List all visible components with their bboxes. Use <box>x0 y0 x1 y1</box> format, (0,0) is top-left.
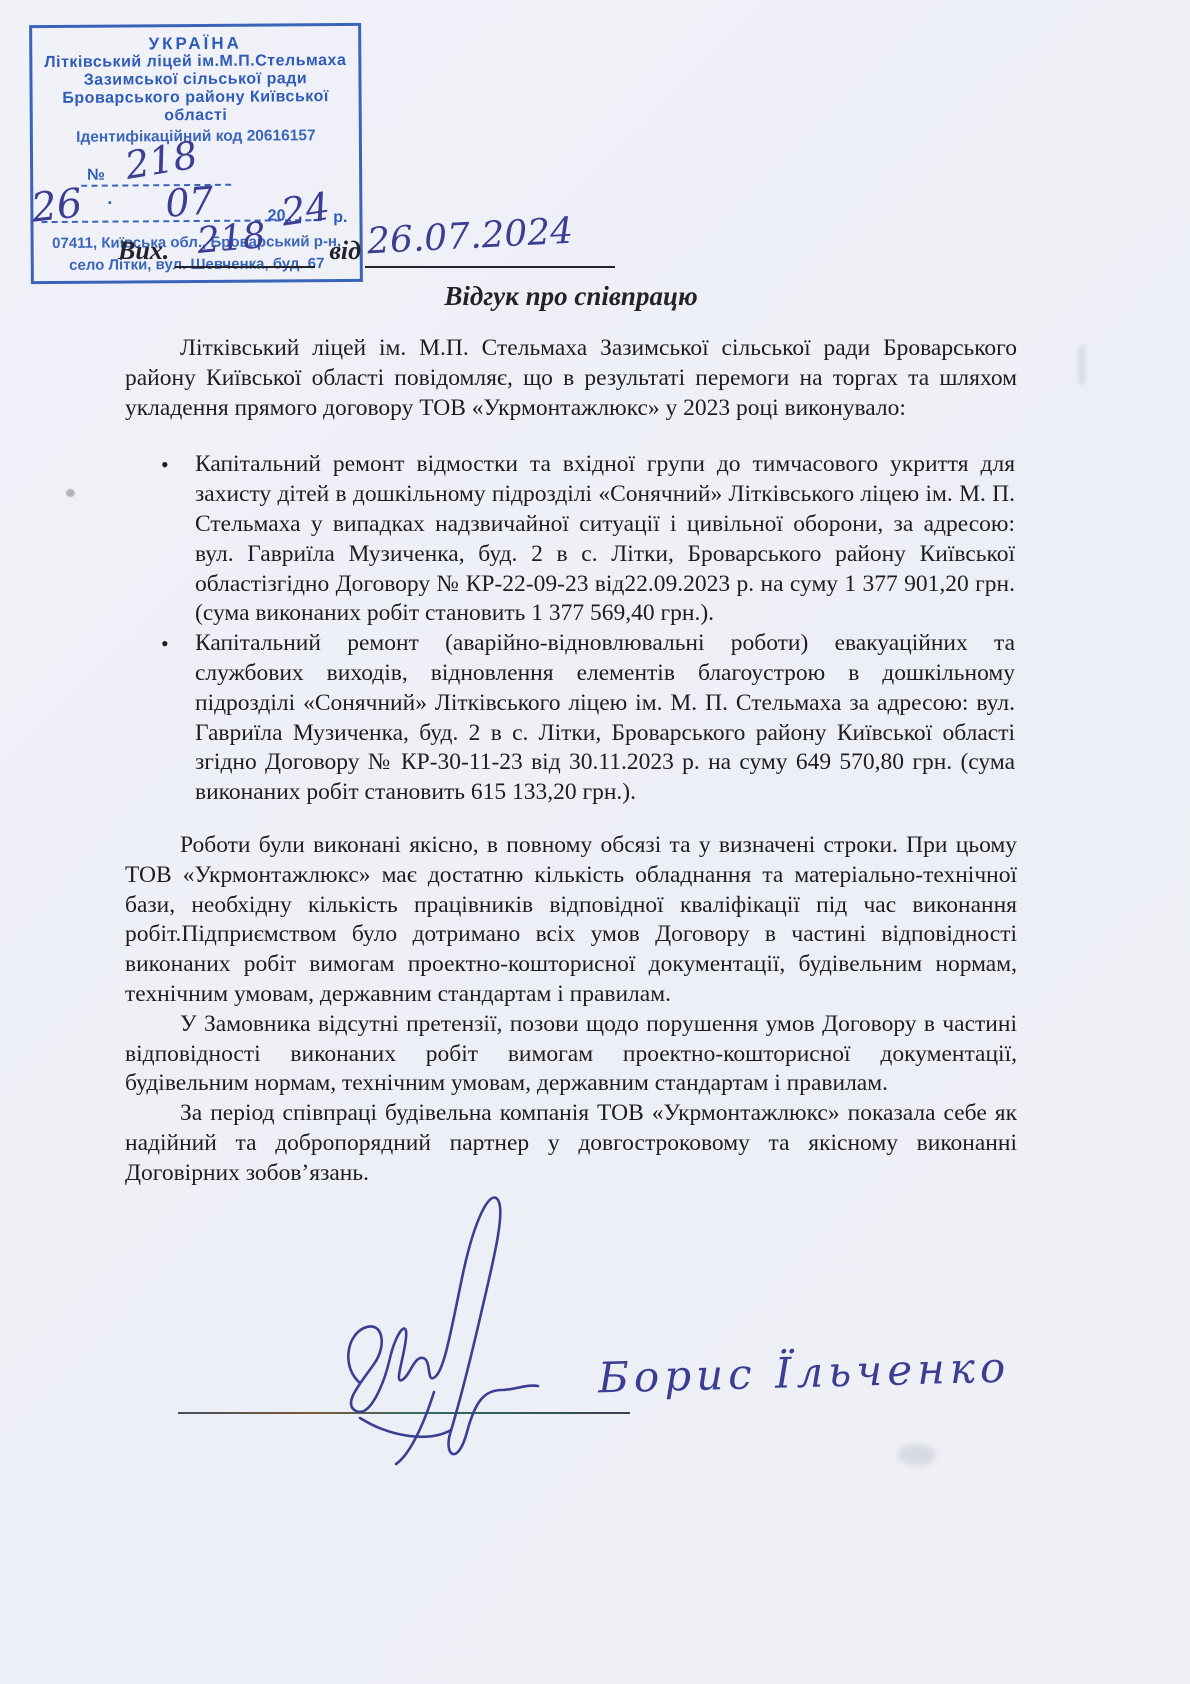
page-title: Відгук про співпрацю <box>125 281 1017 312</box>
stamp-org-council: Зазимської сільської ради <box>36 70 354 90</box>
scan-artifact <box>1079 345 1085 385</box>
scan-artifact <box>66 489 75 497</box>
list-item: • Капітальний ремонт (аварійно-відновлюв… <box>125 629 1017 808</box>
outgoing-number-slot: 218 <box>175 226 315 268</box>
outgoing-date-handwritten: 26.07.2024 <box>366 211 574 263</box>
paragraph-quality: Роботи були виконані якісно, в повному о… <box>125 831 1017 1010</box>
list-item-text: Капітальний ремонт відмостки та вхідної … <box>195 450 1017 629</box>
outgoing-number-handwritten: 218 <box>196 215 268 262</box>
list-item-text: Капітальний ремонт (аварійно-відновлювал… <box>195 629 1017 808</box>
bullet-icon: • <box>125 450 195 480</box>
signature-block: Борис Їльченко <box>0 1150 1190 1490</box>
signature-name-handwritten: Борис Їльченко <box>597 1343 1010 1403</box>
stamp-date-month-handwritten: 07 <box>164 178 216 226</box>
paragraph-intro: Літківський ліцей ім. М.П. Стельмаха Заз… <box>125 334 1017 423</box>
outgoing-date-label: від <box>329 236 361 268</box>
paragraph-claims: У Замовника відсутні претензії, позови щ… <box>125 1010 1017 1099</box>
stamp-year-suffix-label: р. <box>333 209 347 227</box>
works-list: • Капітальний ремонт відмостки та вхідно… <box>125 450 1017 808</box>
outgoing-reference: Вих.218від26.07.2024 <box>118 226 615 270</box>
scan-artifact <box>898 1444 936 1466</box>
document-body: Літківський ліцей ім. М.П. Стельмаха Заз… <box>125 334 1017 1189</box>
stamp-number-label: № <box>87 167 105 185</box>
document-page: УКРАЇНА Літківський ліцей ім.М.П.Стельма… <box>0 0 1190 1684</box>
outgoing-date-slot: 26.07.2024 <box>365 226 615 268</box>
signature-stroke <box>330 1178 570 1478</box>
stamp-org-name: Літківський ліцей ім.М.П.Стельмаха <box>36 52 354 72</box>
outgoing-number-label: Вих. <box>118 236 169 268</box>
stamp-date-dot: · <box>107 193 113 214</box>
stamp-country: УКРАЇНА <box>36 34 354 54</box>
stamp-org-district: Броварського району Київської області <box>37 88 355 126</box>
list-item: • Капітальний ремонт відмостки та вхідно… <box>125 450 1017 629</box>
bullet-icon: • <box>125 629 195 659</box>
stamp-date-day-handwritten: 26 <box>29 180 85 231</box>
